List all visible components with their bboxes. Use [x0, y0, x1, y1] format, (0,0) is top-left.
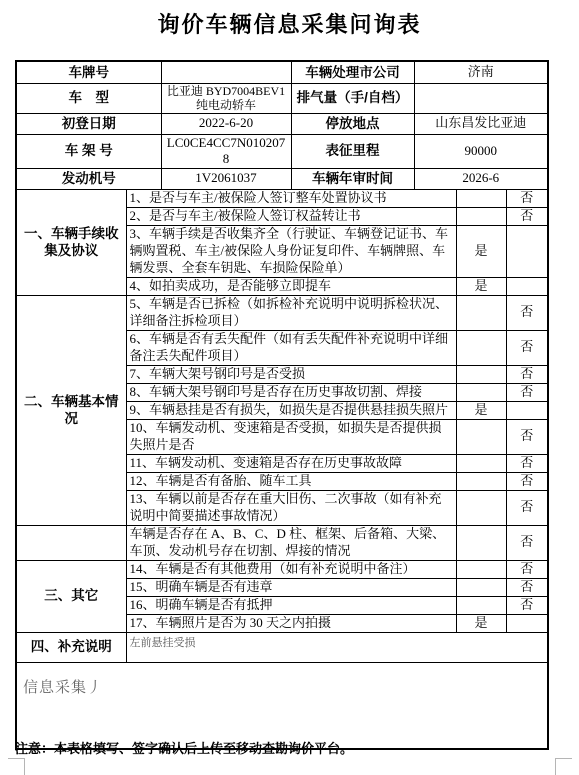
answer-no	[506, 277, 548, 295]
page-corner-mark-left	[8, 758, 25, 775]
answer-no: 否	[506, 189, 548, 207]
question-row: 一、车辆手续收集及协议 1、是否与车主/被保险人签订整车处置协议书 否	[16, 189, 548, 207]
answer-yes: 是	[456, 277, 506, 295]
answer-yes	[456, 295, 506, 330]
field-label: 停放地点	[291, 113, 414, 134]
question-text: 9、车辆悬挂是否有损失，如损失是否提供悬挂损失照片	[126, 401, 456, 419]
page-title: 询价车辆信息采集问询表	[0, 8, 579, 39]
field-value: 2026-6	[414, 168, 548, 189]
field-label: 表征里程	[291, 134, 414, 168]
answer-no: 否	[506, 383, 548, 401]
field-value: 90000	[414, 134, 548, 168]
answer-no: 否	[506, 578, 548, 596]
field-label: 车牌号	[16, 61, 161, 83]
question-text: 12、车辆是否有备胎、随车工具	[126, 472, 456, 490]
answer-yes	[456, 383, 506, 401]
question-row: 三、其它 14、车辆是否有其他费用（如有补充说明中备注） 否	[16, 560, 548, 578]
field-value: 2022-6-20	[161, 113, 291, 134]
question-text: 14、车辆是否有其他费用（如有补充说明中备注）	[126, 560, 456, 578]
answer-yes	[456, 454, 506, 472]
answer-yes	[456, 365, 506, 383]
footer-note: 注意：本表格填写、签字确认后上传至移动查勘询价平台。	[15, 738, 575, 757]
field-value: 比亚迪 BYD7004BEV1 纯电动轿车	[161, 83, 291, 113]
form-table: 车牌号 车辆处理市公司 济南 车 型 比亚迪 BYD7004BEV1 纯电动轿车…	[15, 60, 549, 750]
question-text: 4、如拍卖成功，是否能够立即提车	[126, 277, 456, 295]
field-value: 济南	[414, 61, 548, 83]
supplement-text: 左前悬挂受损	[126, 632, 548, 662]
field-label: 车 架 号	[16, 134, 161, 168]
supplement-row: 四、补充说明 左前悬挂受损	[16, 632, 548, 662]
question-row: 车辆是否存在 A、B、C、D 柱、框架、后备箱、大梁、车顶、发动机号存在切割、焊…	[16, 525, 548, 560]
question-text: 13、车辆以前是否存在重大旧伤、二次事故（如有补充说明中简要描述事故情况）	[126, 490, 456, 525]
answer-yes	[456, 472, 506, 490]
question-text: 6、车辆是否有丢失配件（如有丢失配件补充说明中详细备注丢失配件项目）	[126, 330, 456, 365]
answer-yes	[456, 596, 506, 614]
answer-no: 否	[506, 596, 548, 614]
answer-yes	[456, 189, 506, 207]
field-label: 发动机号	[16, 168, 161, 189]
section-label: 四、补充说明	[16, 632, 126, 662]
answer-no	[506, 225, 548, 277]
field-label: 初登日期	[16, 113, 161, 134]
field-label: 车辆年审时间	[291, 168, 414, 189]
question-text: 1、是否与车主/被保险人签订整车处置协议书	[126, 189, 456, 207]
answer-no	[506, 614, 548, 632]
answer-no: 否	[506, 207, 548, 225]
question-row: 二、车辆基本情况 5、车辆是否已拆检（如拆检补充说明中说明拆检状况、详细备注拆检…	[16, 295, 548, 330]
answer-no: 否	[506, 490, 548, 525]
field-value	[161, 61, 291, 83]
field-value: LC0CE4CC7N0102078	[161, 134, 291, 168]
answer-no: 否	[506, 525, 548, 560]
field-label: 车辆处理市公司	[291, 61, 414, 83]
answer-yes	[456, 578, 506, 596]
field-value: 1V2061037	[161, 168, 291, 189]
question-text: 2、是否与车主/被保险人签订权益转让书	[126, 207, 456, 225]
question-text: 车辆是否存在 A、B、C、D 柱、框架、后备箱、大梁、车顶、发动机号存在切割、焊…	[126, 525, 456, 560]
page-corner-mark-right	[555, 758, 572, 775]
question-text: 10、车辆发动机、变速箱是否受损，如损失是否提供损失照片是否	[126, 419, 456, 454]
section-label: 二、车辆基本情况	[16, 295, 126, 525]
answer-no: 否	[506, 472, 548, 490]
question-text: 15、明确车辆是否有违章	[126, 578, 456, 596]
section-label: 三、其它	[16, 560, 126, 632]
field-label: 车 型	[16, 83, 161, 113]
answer-yes	[456, 525, 506, 560]
question-text: 11、车辆发动机、变速箱是否存在历史事故故障	[126, 454, 456, 472]
question-text: 17、车辆照片是否为 30 天之内拍摄	[126, 614, 456, 632]
info-row: 车 型 比亚迪 BYD7004BEV1 纯电动轿车 排气量（手/自档）	[16, 83, 548, 113]
question-text: 5、车辆是否已拆检（如拆检补充说明中说明拆检状况、详细备注拆检项目）	[126, 295, 456, 330]
collector-signature: 信息采集丿	[16, 662, 548, 749]
section-label-empty	[16, 525, 126, 560]
question-text: 8、车辆大架号钢印号是否存在历史事故切割、焊接	[126, 383, 456, 401]
answer-no: 否	[506, 454, 548, 472]
document-page: 询价车辆信息采集问询表 车牌号 车辆处理市公司 济南 车 型 比亚迪 BYD70…	[0, 0, 579, 775]
answer-no: 否	[506, 330, 548, 365]
question-text: 3、车辆手续是否收集齐全（行驶证、车辆登记证书、车辆购置税、车主/被保险人身份证…	[126, 225, 456, 277]
answer-yes: 是	[456, 614, 506, 632]
info-row: 车牌号 车辆处理市公司 济南	[16, 61, 548, 83]
answer-no	[506, 401, 548, 419]
answer-yes	[456, 207, 506, 225]
answer-yes	[456, 560, 506, 578]
answer-yes	[456, 330, 506, 365]
field-value: 山东昌发比亚迪	[414, 113, 548, 134]
field-value	[414, 83, 548, 113]
info-row: 初登日期 2022-6-20 停放地点 山东昌发比亚迪	[16, 113, 548, 134]
answer-no: 否	[506, 419, 548, 454]
section-label: 一、车辆手续收集及协议	[16, 189, 126, 295]
answer-no: 否	[506, 365, 548, 383]
answer-no: 否	[506, 295, 548, 330]
collector-row: 信息采集丿	[16, 662, 548, 749]
question-text: 16、明确车辆是否有抵押	[126, 596, 456, 614]
field-label: 排气量（手/自档）	[291, 83, 414, 113]
answer-no: 否	[506, 560, 548, 578]
collector-signature-text: 信息采集丿	[23, 680, 103, 696]
answer-yes	[456, 490, 506, 525]
question-text: 7、车辆大架号钢印号是否受损	[126, 365, 456, 383]
answer-yes: 是	[456, 401, 506, 419]
info-row: 发动机号 1V2061037 车辆年审时间 2026-6	[16, 168, 548, 189]
info-row: 车 架 号 LC0CE4CC7N0102078 表征里程 90000	[16, 134, 548, 168]
answer-yes	[456, 419, 506, 454]
answer-yes: 是	[456, 225, 506, 277]
